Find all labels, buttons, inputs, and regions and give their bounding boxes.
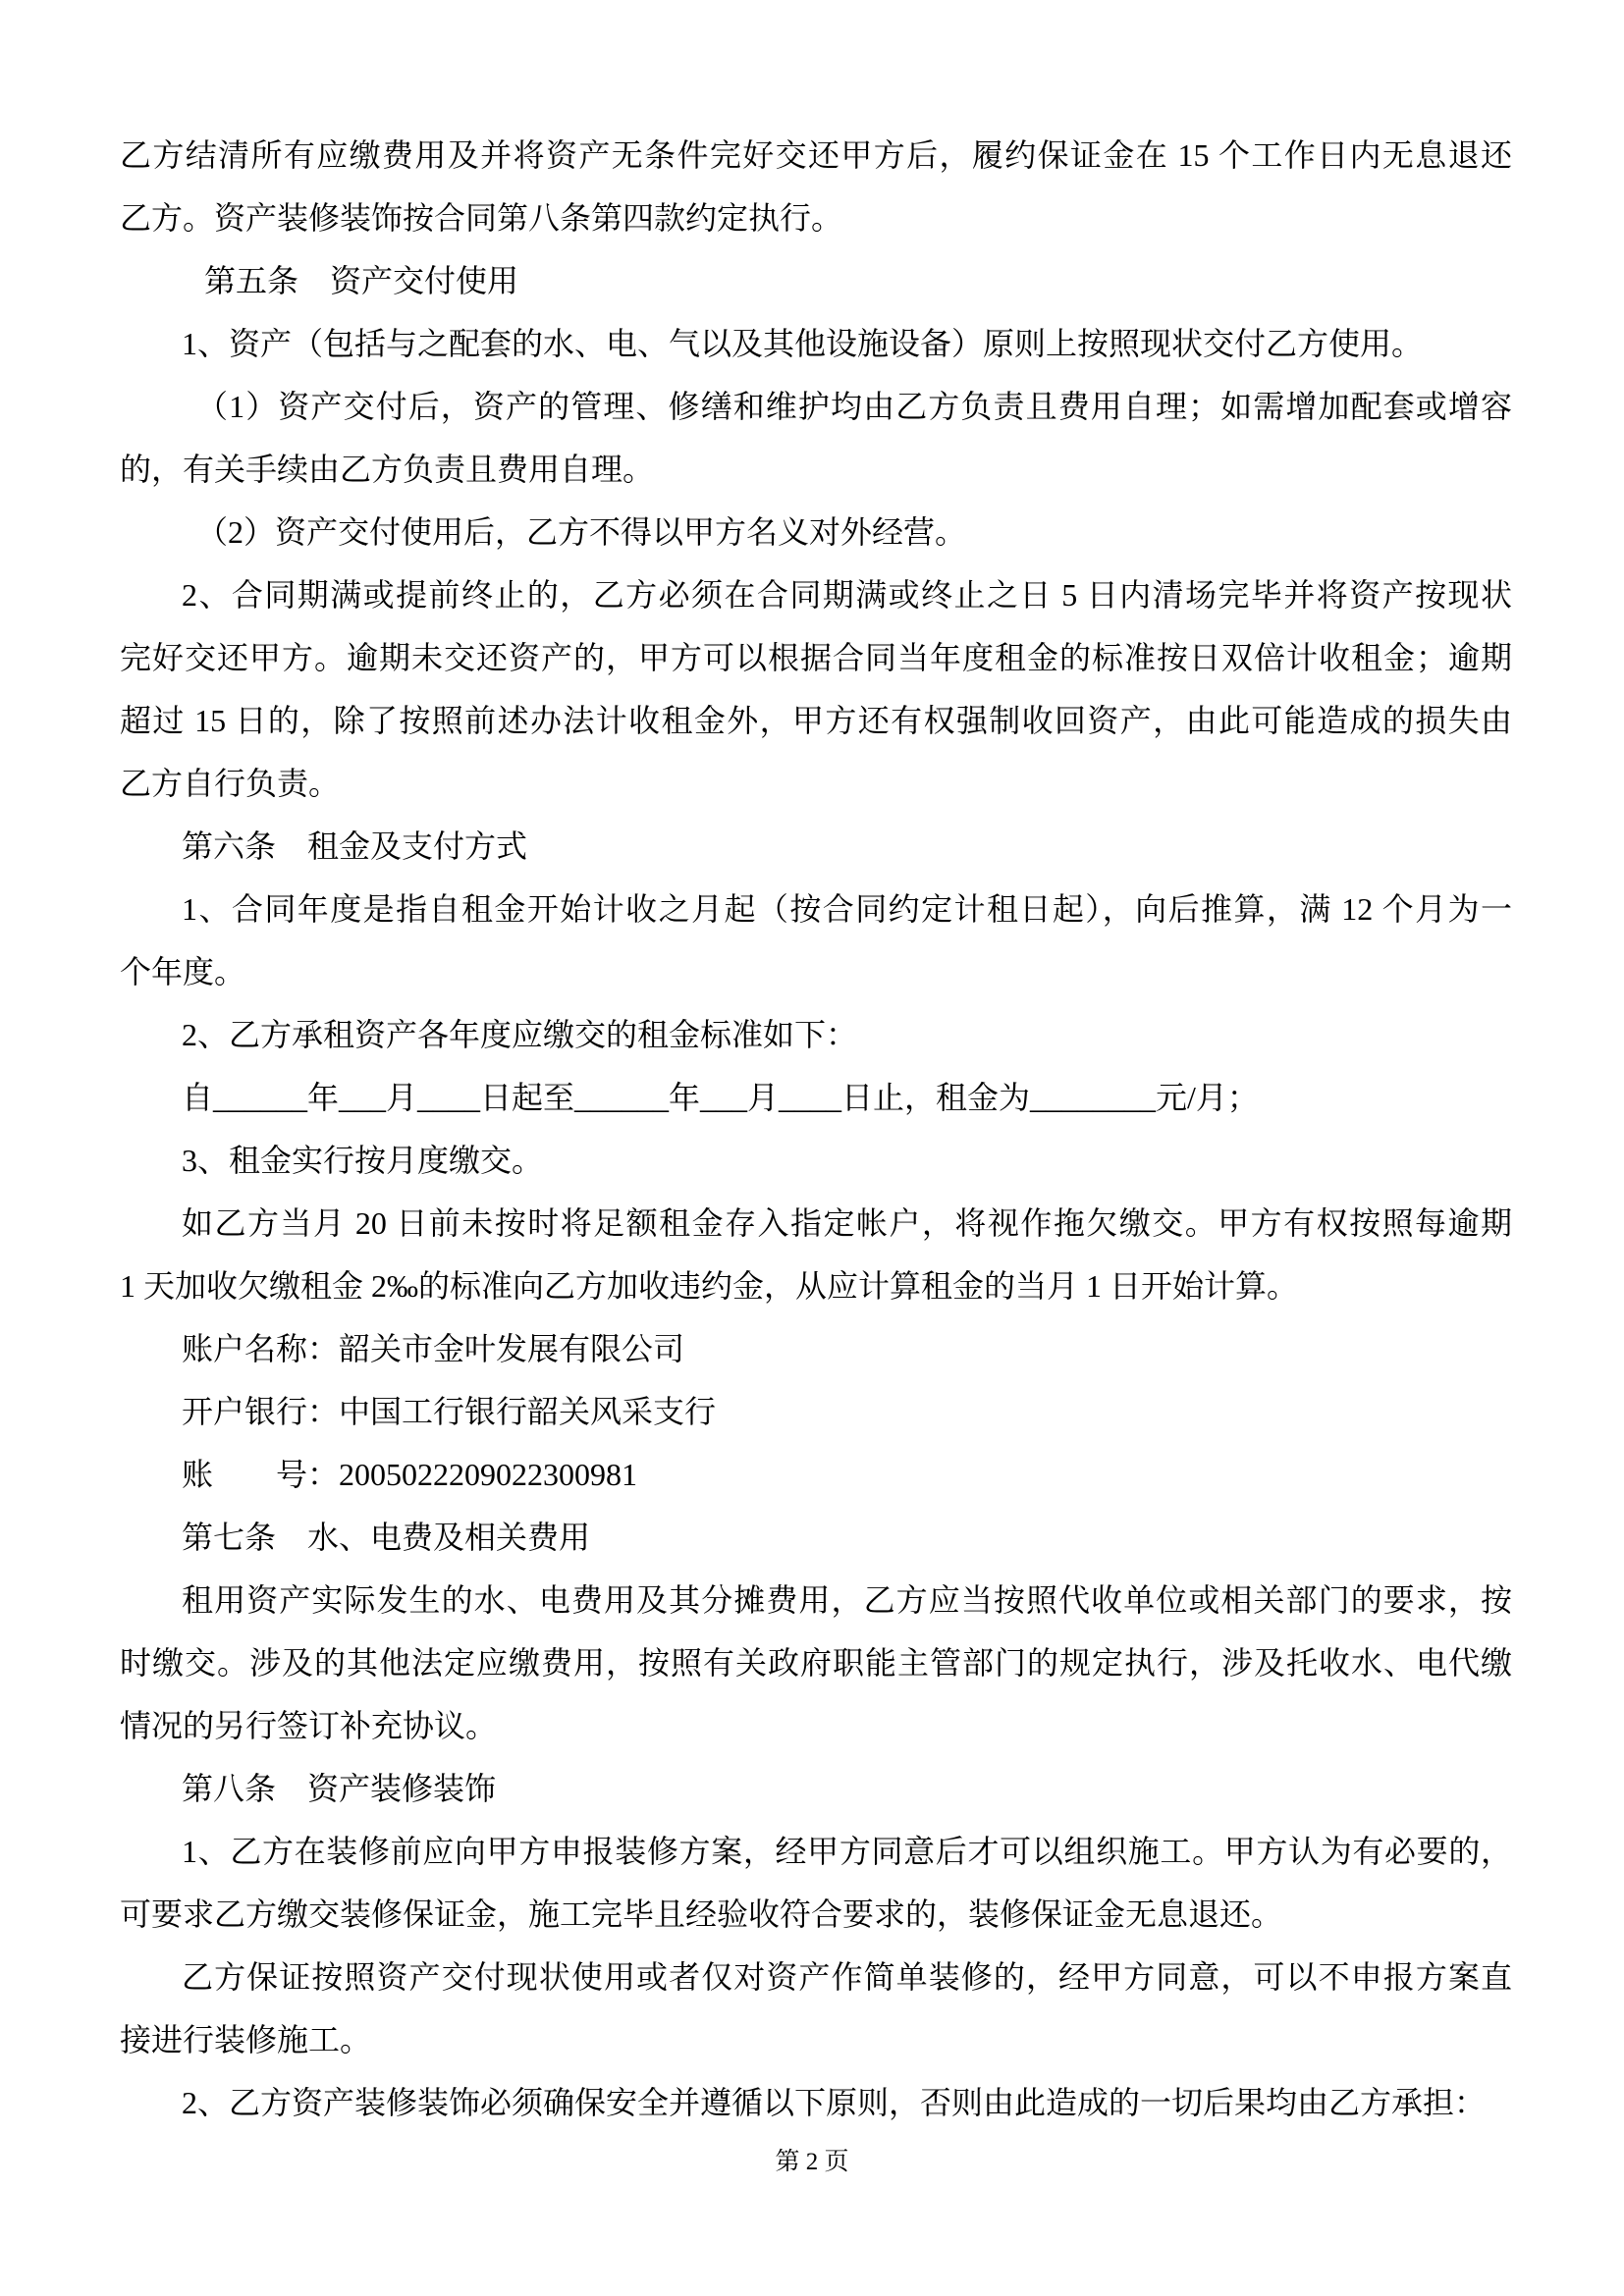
text-line: 第八条 资产装修装饰 [120, 1757, 1512, 1820]
contract-page: 乙方结清所有应缴费用及并将资产无条件完好交还甲方后，履约保证金在 15 个工作日… [0, 0, 1624, 2296]
text-line: 2、乙方承租资产各年度应缴交的租金标准如下： [120, 1003, 1512, 1066]
text-line: 个年度。 [120, 940, 1512, 1003]
text-line: 乙方保证按照资产交付现状使用或者仅对资产作简单装修的，经甲方同意，可以不申报方案… [120, 1946, 1512, 2008]
text-line: 的，有关手续由乙方负责且费用自理。 [120, 438, 1512, 501]
text-line: 1 天加收欠缴租金 2‰的标准向乙方加收违约金，从应计算租金的当月 1 日开始计… [120, 1255, 1512, 1317]
text-line: 情况的另行签订补充协议。 [120, 1694, 1512, 1757]
document-body: 乙方结清所有应缴费用及并将资产无条件完好交还甲方后，履约保证金在 15 个工作日… [120, 124, 1512, 2134]
text-line: 第七条 水、电费及相关费用 [120, 1506, 1512, 1569]
text-line: 2、合同期满或提前终止的，乙方必须在合同期满或终止之日 5 日内清场完毕并将资产… [120, 563, 1512, 626]
text-line: 时缴交。涉及的其他法定应缴费用，按照有关政府职能主管部门的规定执行，涉及托收水、… [120, 1631, 1512, 1694]
text-line: 账 号：2005022209022300981 [120, 1443, 1512, 1506]
text-line: 租用资产实际发生的水、电费用及其分摊费用，乙方应当按照代收单位或相关部门的要求，… [120, 1569, 1512, 1631]
text-line: 1、合同年度是指自租金开始计收之月起（按合同约定计租日起），向后推算，满 12 … [120, 878, 1512, 940]
text-line: 乙方结清所有应缴费用及并将资产无条件完好交还甲方后，履约保证金在 15 个工作日… [120, 124, 1512, 187]
text-line: （2）资产交付使用后，乙方不得以甲方名义对外经营。 [120, 501, 1512, 563]
text-line: 1、乙方在装修前应向甲方申报装修方案，经甲方同意后才可以组织施工。甲方认为有必要… [120, 1820, 1512, 1883]
text-line: 乙方。资产装修装饰按合同第八条第四款约定执行。 [120, 187, 1512, 249]
text-line: 2、乙方资产装修装饰必须确保安全并遵循以下原则，否则由此造成的一切后果均由乙方承… [120, 2071, 1512, 2134]
text-line: 第六条 租金及支付方式 [120, 815, 1512, 878]
text-line: 完好交还甲方。逾期未交还资产的，甲方可以根据合同当年度租金的标准按日双倍计收租金… [120, 626, 1512, 689]
text-line: 账户名称：韶关市金叶发展有限公司 [120, 1317, 1512, 1380]
text-line: 超过 15 日的，除了按照前述办法计收租金外，甲方还有权强制收回资产，由此可能造… [120, 689, 1512, 752]
text-line: 乙方自行负责。 [120, 752, 1512, 815]
text-line: 接进行装修施工。 [120, 2008, 1512, 2071]
text-line: 1、资产（包括与之配套的水、电、气以及其他设施设备）原则上按照现状交付乙方使用。 [120, 312, 1512, 375]
text-line: 如乙方当月 20 日前未按时将足额租金存入指定帐户，将视作拖欠缴交。甲方有权按照… [120, 1192, 1512, 1255]
text-line: 开户银行：中国工行银行韶关风采支行 [120, 1380, 1512, 1443]
text-line: 第五条 资产交付使用 [120, 249, 1512, 312]
text-line: （1）资产交付后，资产的管理、修缮和维护均由乙方负责且费用自理；如需增加配套或增… [120, 375, 1512, 438]
text-line: 可要求乙方缴交装修保证金，施工完毕且经验收符合要求的，装修保证金无息退还。 [120, 1883, 1512, 1946]
page-number: 第 2 页 [0, 2146, 1624, 2179]
text-line: 3、租金实行按月度缴交。 [120, 1129, 1512, 1192]
text-line: 自______年___月____日起至______年___月____日止，租金为… [120, 1066, 1512, 1129]
